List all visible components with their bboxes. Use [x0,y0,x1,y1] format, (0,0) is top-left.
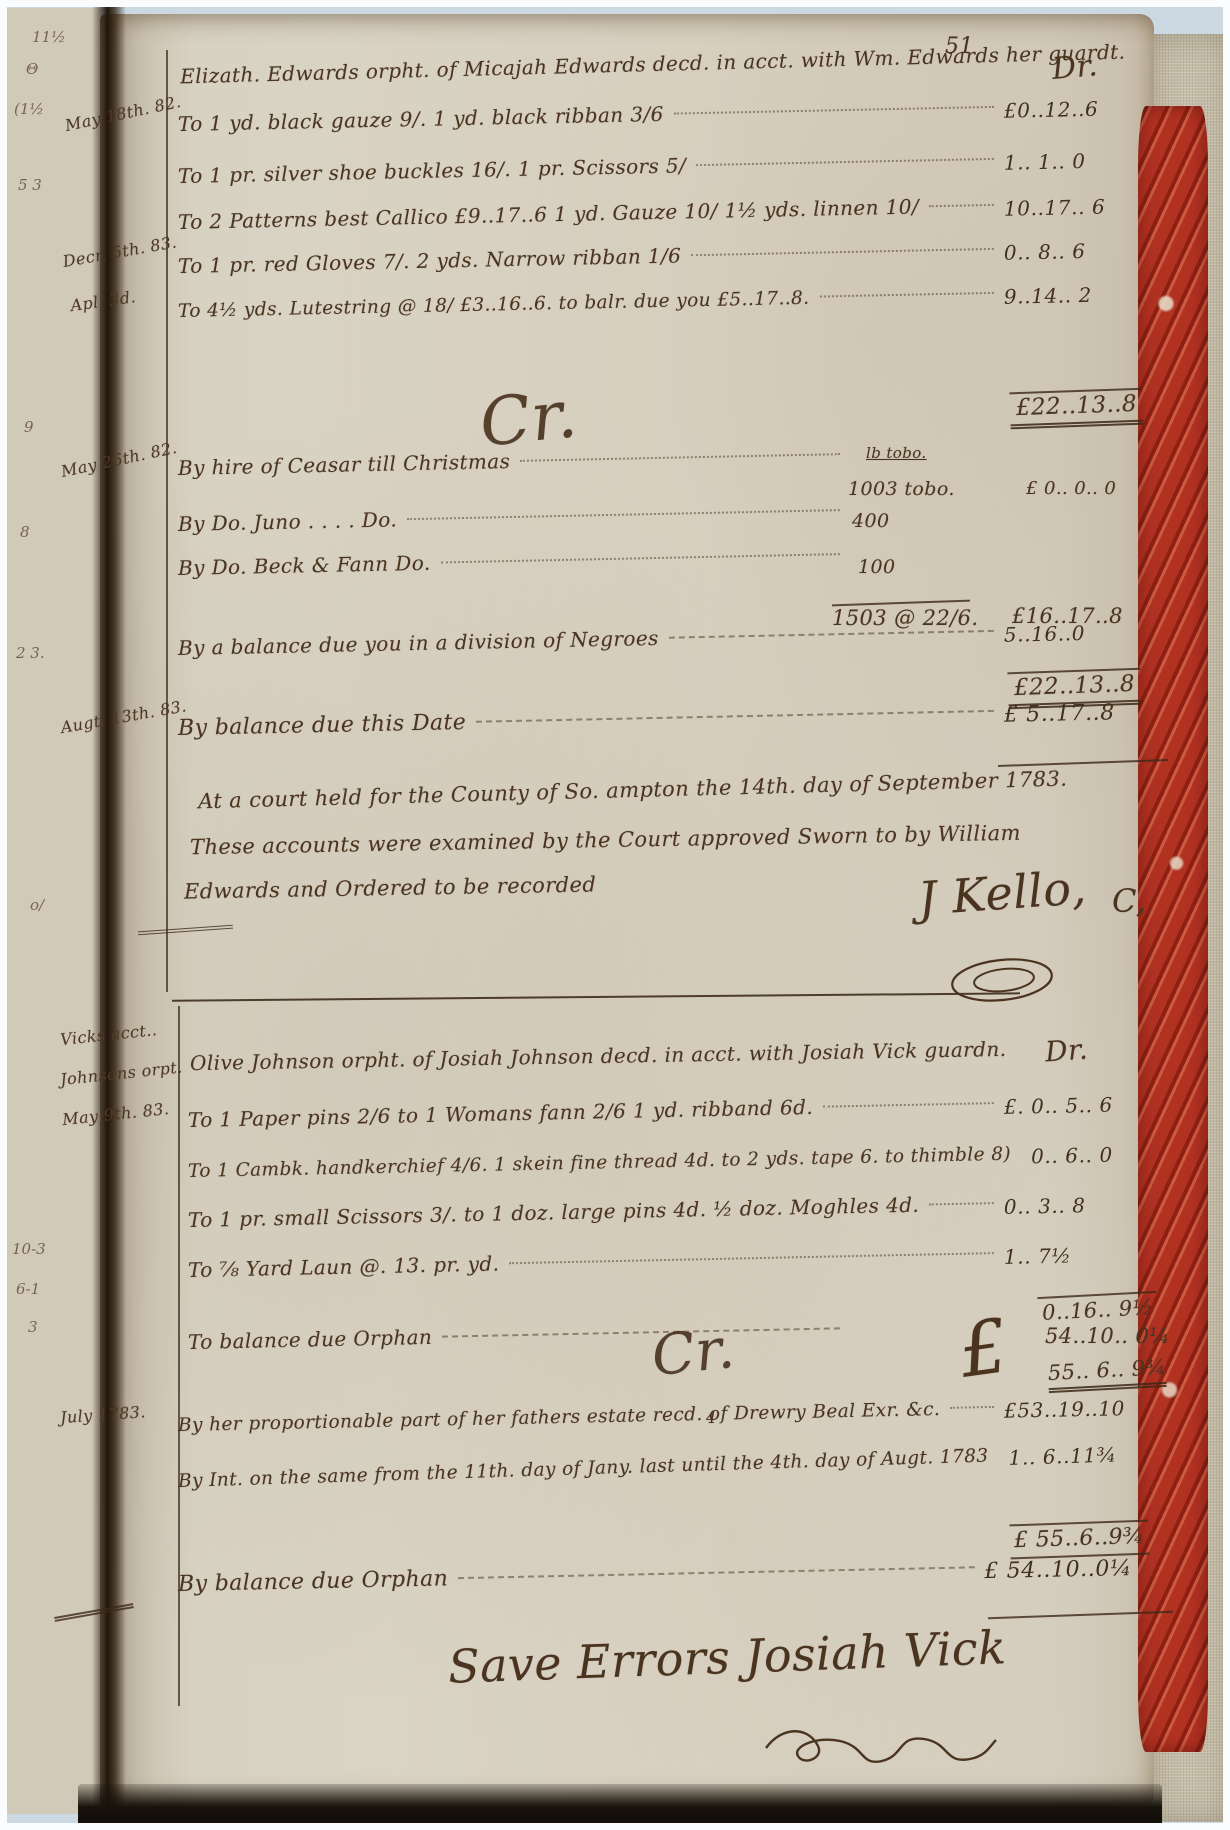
entry-amount: 5..16..0 [1004,620,1132,647]
ledger-row: To 1 Paper pins 2/6 to 1 Womans fann 2/6… [188,1088,1132,1132]
ledger-row: To 1 pr. red Gloves 7/. 2 yds. Narrow ri… [178,234,1132,278]
margin-note: May 9th. 83. [61,1098,180,1129]
edge-fragment: 6-1 [16,1280,40,1298]
closing-flourish [760,1720,1000,1772]
edge-fragment: 3 [28,1318,38,1336]
ledger-row: By her proportionable part of her father… [178,1392,1132,1436]
dotted-leader [407,509,840,520]
clerk-signature: J Kello, [916,860,1088,926]
balance-amount: 54..10.. 0¼ [1045,1324,1170,1348]
balance-underline [988,1611,1173,1619]
edge-fragment: 2 3. [16,644,45,662]
account2-dr-label: Dr. [1044,1033,1089,1069]
edge-fragment: 8 [20,523,30,541]
margin-note: Vicks acct.. [59,1018,178,1049]
credit-section-mark: Cr. [649,1316,738,1389]
account1-dr-label: Dr. [1051,48,1100,87]
dash-leader [476,710,994,723]
edge-fragment: 9 [24,418,34,436]
entry-date: July 1783. [59,1400,178,1427]
ledger-row: To 4½ yds. Lutestring @ 18/ £3..16..6. t… [178,278,1132,322]
pound-brace: £ [954,1303,1013,1395]
ledger-row: To 2 Patterns best Callico £9..17..6 1 y… [178,190,1132,234]
ledger-row: By balance due Orphan £ 54..10..0¼ [178,1552,1132,1597]
edge-fragment: (1½ [14,100,44,118]
entry-description: To 1 Cambk. handkerchief 4/6. 1 skein fi… [188,1144,1011,1182]
ledger-row: By a balance due you in a division of Ne… [178,616,1132,660]
entry-description: To 2 Patterns best Callico £9..17..6 1 y… [178,194,920,234]
ledger-row: To ⅞ Yard Laun @. 13. pr. yd. 1.. 7½ [188,1238,1132,1282]
entry-description: To 1 yd. black gauze 9/. 1 yd. black rib… [178,102,664,136]
dotted-leader [950,1406,994,1409]
dotted-leader [819,292,993,298]
entry-description: By balance due Orphan [178,1566,449,1597]
entry-amount: 0.. 6.. 0 [1031,1142,1159,1169]
closing-signature: Save Errors Josiah Vick [447,1620,1007,1693]
dash-leader [442,1327,840,1337]
entry-description: By Do. Beck & Fann Do. [178,551,431,580]
ledger-row: By Do. Juno . . . . Do. [178,498,850,536]
ledger-row: To balance due Orphan [188,1316,850,1354]
page-content: 51 Elizath. Edwards orpht. of Micajah Ed… [60,14,1150,1812]
entry-description: To 4½ yds. Lutestring @ 18/ £3..16..6. t… [178,288,810,322]
entry-amount: 10..17.. 6 [1004,194,1132,221]
tobacco-amount: 400 [852,510,889,532]
entry-description: By Do. Juno . . . . Do. [178,507,398,536]
entry-amount: £ 5..17..8 [1004,700,1132,728]
entry-amount: 9..14.. 2 [1004,282,1132,309]
balance-underline [998,759,1168,767]
edge-fragment: 10-3 [12,1240,46,1258]
entry-amount: £. 0.. 5.. 6 [1004,1092,1132,1119]
entry-date: Augt. 13th. 83. [59,698,179,737]
dash-leader [669,630,994,639]
entry-description: To 1 Paper pins 2/6 to 1 Womans fann 2/6… [188,1095,814,1132]
entry-date: Apl. 3d. [69,280,188,315]
entry-description: By hire of Ceasar till Christmas [178,449,511,480]
court-record-line: These accounts were examined by the Cour… [190,821,1021,859]
entry-date: May 18th. 82. [63,92,182,135]
dotted-leader [823,1102,994,1108]
entry-amount: 1.. 1.. 0 [1004,148,1132,175]
court-record-line: Edwards and Ordered to be recorded [184,872,597,903]
dotted-leader [929,1202,994,1205]
entry-amount: £ 54..10..0¼ [984,1556,1132,1584]
entry-description: To 1 pr. silver shoe buckles 16/. 1 pr. … [178,153,687,188]
dotted-leader [691,248,994,256]
debit-total: 55.. 6.. 9¾ [1047,1355,1167,1393]
entry-amount: 0.. 3.. 8 [1004,1192,1132,1219]
margin-rule [166,50,168,992]
ledger-row: By balance due this Date £ 5..17..8 [178,696,1132,741]
dotted-leader [696,158,994,166]
ledger-row: To 1 pr. silver shoe buckles 16/. 1 pr. … [178,144,1132,188]
entry-description: By her proportionable part of her father… [178,1399,941,1436]
edge-fragment: o/ [30,896,44,914]
flourish-underline [138,925,233,936]
entry-date: Decr. 5th. 83. [61,232,181,271]
dash-leader [458,1566,974,1579]
entry-description: By a balance due you in a division of Ne… [178,626,659,660]
entry-description: To balance due Orphan [188,1325,433,1354]
debit-total: £22..13..8 [1009,388,1143,430]
account2-title: Olive Johnson orpht. of Josiah Johnson d… [190,1037,1007,1075]
entry-amount: £0..12..6 [1004,96,1132,123]
entry-amount: 1.. 6..11¾ [1008,1442,1137,1470]
ledger-row: By Do. Beck & Fann Do. [178,542,850,580]
flourish-underline [54,1603,134,1622]
court-record-line: At a court held for the County of So. am… [198,767,1068,814]
clerk-signature-suffix: C, [1112,882,1146,920]
entry-description: To 1 pr. red Gloves 7/. 2 yds. Narrow ri… [178,243,682,278]
entry-date: May 26th. 82. [59,438,178,481]
margin-note: Johnsons orpt. [59,1058,178,1089]
dotted-leader [509,1252,994,1264]
entry-amount: 0.. 8.. 6 [1004,238,1132,265]
entry-amount: £ 0.. 0.. 0 [1026,478,1116,499]
ledger-row: To 1 yd. black gauze 9/. 1 yd. black rib… [178,92,1132,136]
edge-fragment: Θ [26,60,38,78]
debit-subtotal: 0..16.. 9½ [1037,1291,1157,1325]
ledger-row: To 1 pr. small Scissors 3/. to 1 doz. la… [188,1188,1132,1232]
edge-fragment: 5 3 [18,176,42,194]
dotted-leader [520,453,840,462]
signature-flourish [940,952,1070,1008]
dotted-leader [441,553,840,563]
tobacco-column-header: lb tobo. [866,444,927,462]
tobacco-amount: 100 [858,556,895,578]
entry-description: By balance due this Date [178,710,467,741]
entry-amount: 1.. 7½ [1004,1242,1132,1269]
entry-description: To ⅞ Yard Laun @. 13. pr. yd. [188,1251,500,1282]
ledger-row: To 1 Cambk. handkerchief 4/6. 1 skein fi… [188,1138,1132,1182]
entry-description: To 1 pr. small Scissors 3/. to 1 doz. la… [188,1193,920,1232]
tobacco-amount: 1003 tobo. [848,478,955,500]
dotted-leader [929,204,994,207]
account1-title: Elizath. Edwards orpht. of Micajah Edwar… [180,40,1126,89]
section-divider-rule [172,992,1020,1001]
margin-rule [178,1006,180,1706]
ledger-row: By Int. on the same from the 11th. day o… [178,1438,1132,1492]
entry-amount: £53..19..10 [1004,1396,1132,1423]
dotted-leader [674,106,994,115]
entry-description: By Int. on the same from the 11th. day o… [178,1446,989,1492]
